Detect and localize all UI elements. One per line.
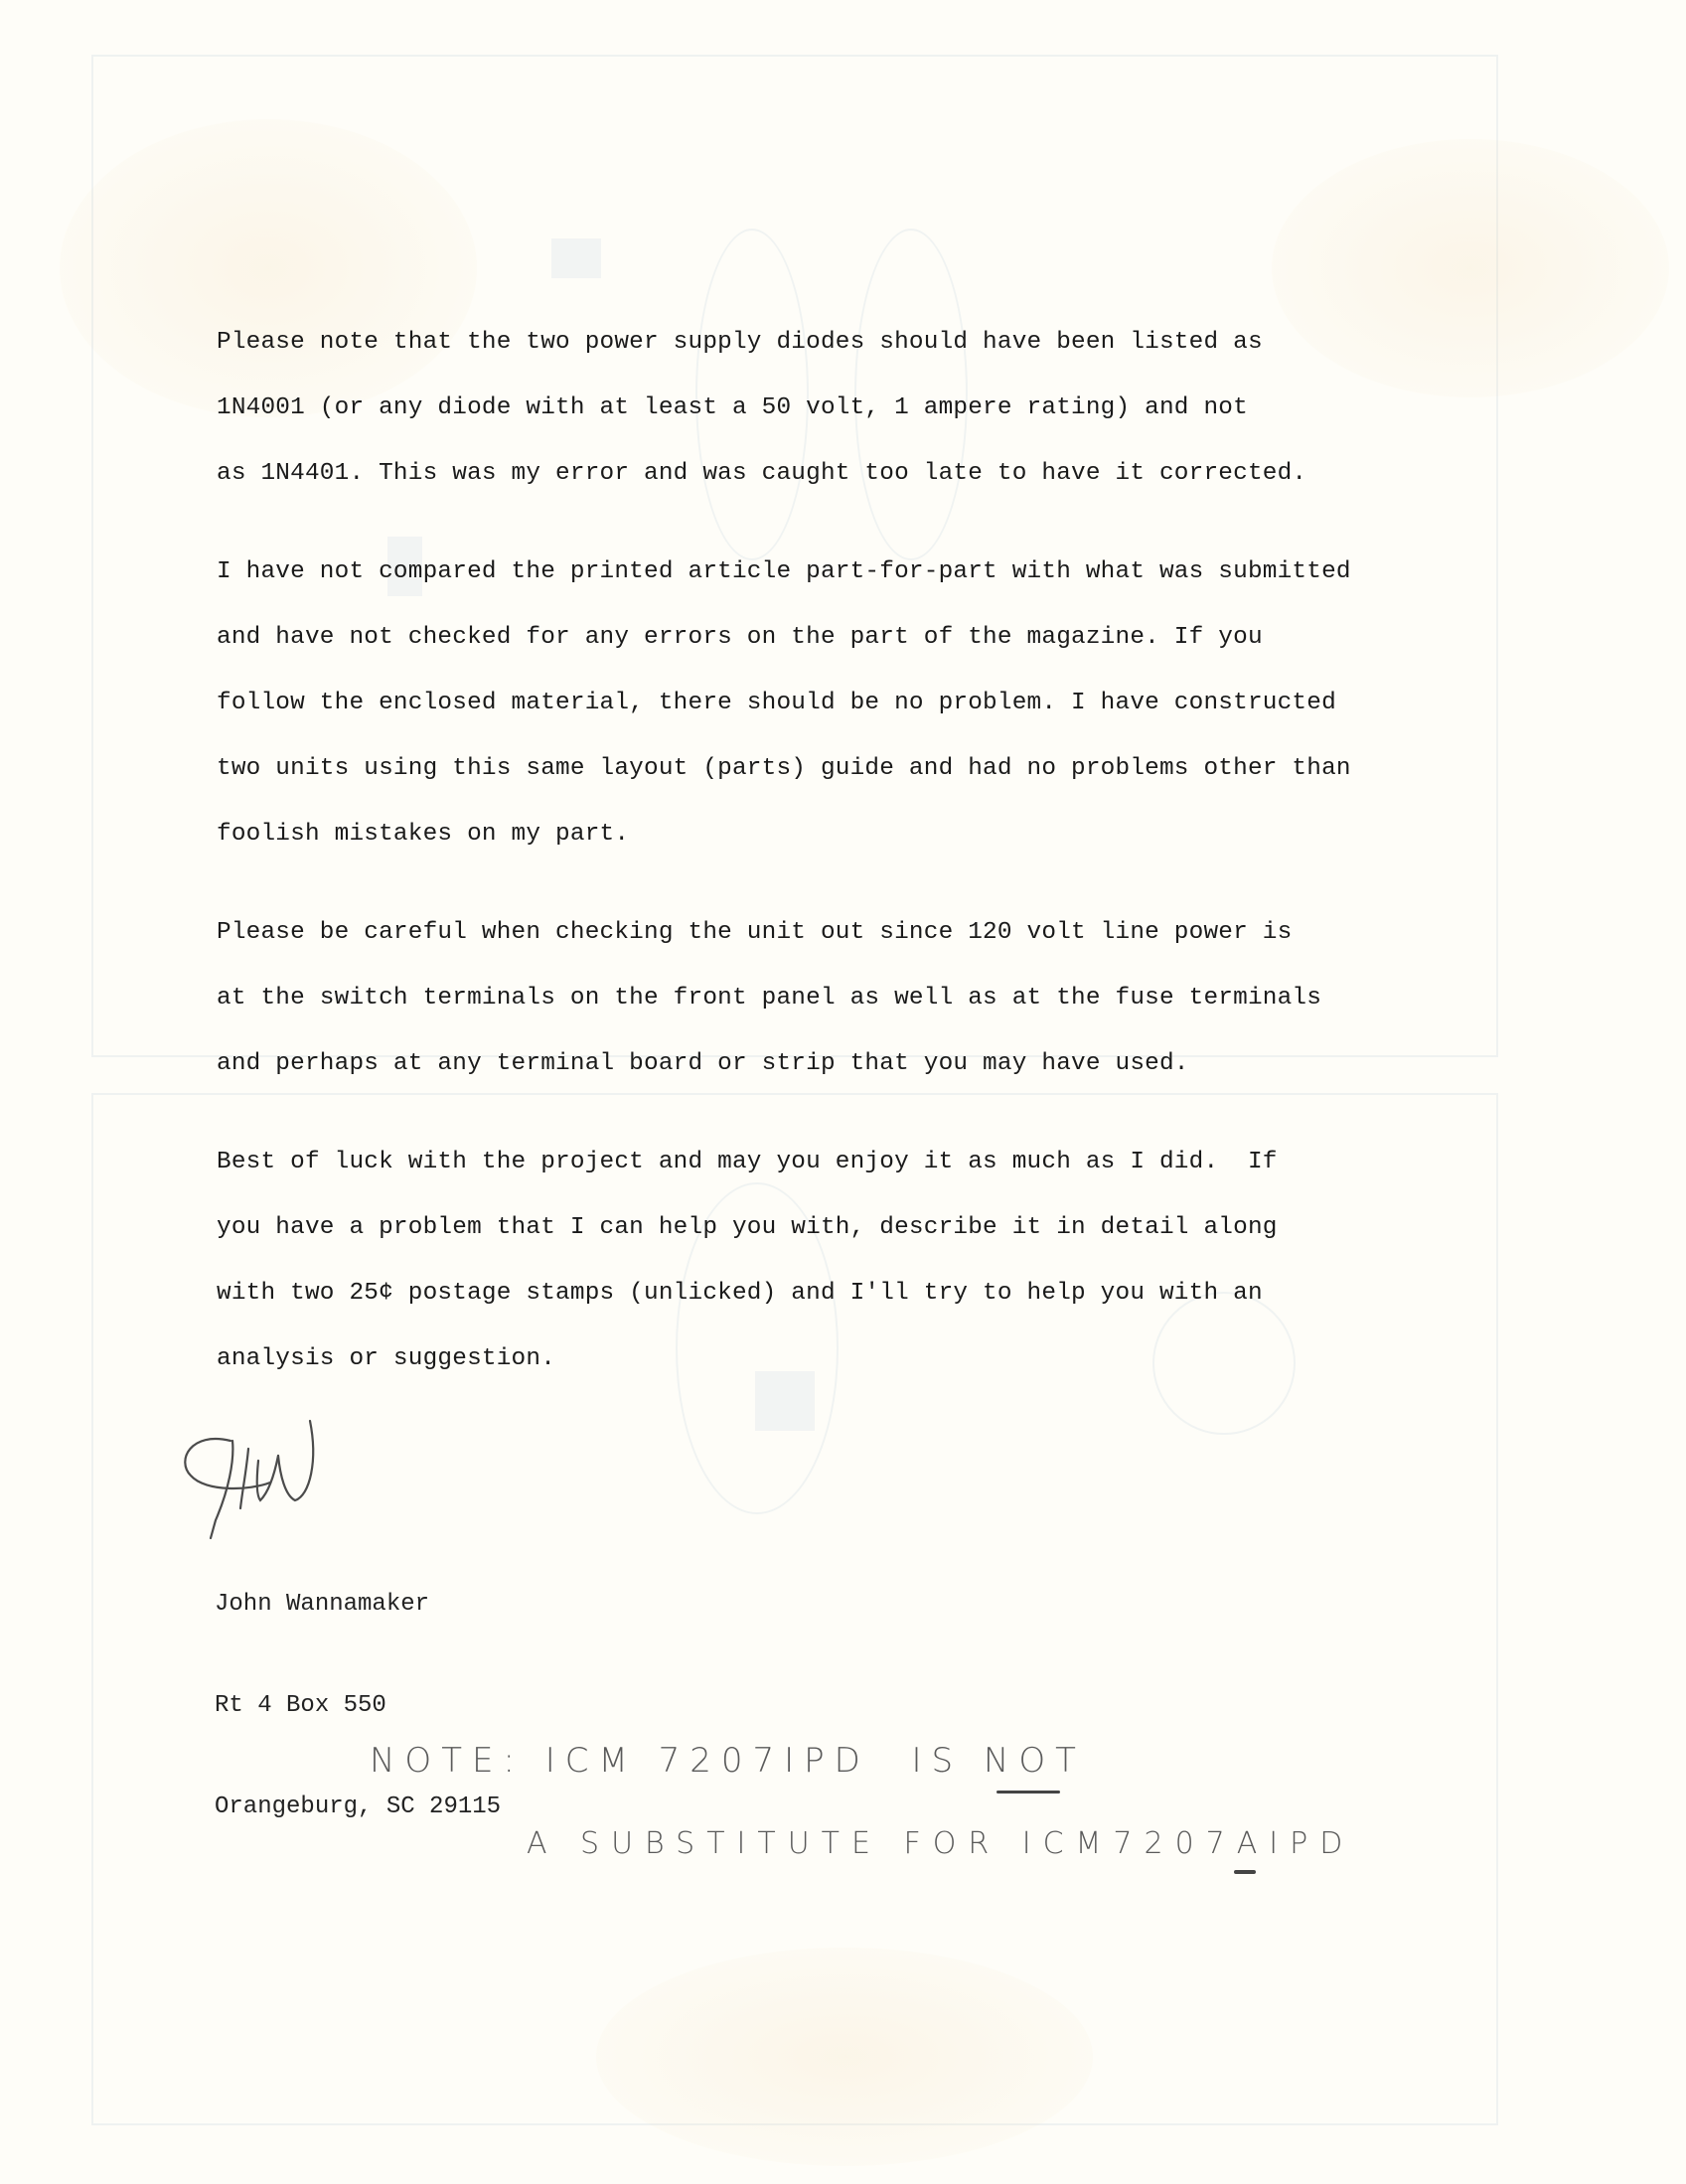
text-line: 1N4001 (or any diode with at least a 50 …: [217, 376, 1502, 441]
text-line: with two 25¢ postage stamps (unlicked) a…: [217, 1261, 1502, 1326]
sender-address: John Wannamaker Rt 4 Box 550 Orangeburg,…: [215, 1520, 501, 1858]
paragraph-diode-correction: Please note that the two power supply di…: [217, 310, 1508, 507]
text-line: analysis or suggestion.: [217, 1326, 1502, 1392]
text-line: Best of luck with the project and may yo…: [217, 1130, 1502, 1195]
paragraph-safety-warning: Please be careful when checking the unit…: [217, 900, 1508, 1097]
letter-body: Please note that the two power supply di…: [217, 310, 1508, 1425]
paragraph-closing: Best of luck with the project and may yo…: [217, 1130, 1508, 1392]
text-line: you have a problem that I can help you w…: [217, 1195, 1502, 1261]
sender-name: John Wannamaker: [215, 1588, 501, 1622]
handwritten-note-line-1: NOTE: ICM 7207IPD IS NOT: [370, 1741, 1086, 1781]
text-line: as 1N4401. This was my error and was cau…: [217, 441, 1502, 507]
paper-stain: [596, 1948, 1093, 2166]
text-line: and perhaps at any terminal board or str…: [217, 1031, 1502, 1097]
handwritten-note-line-2: A SUBSTITUTE FOR ICM7207AIPD: [527, 1826, 1354, 1861]
text-line: and have not checked for any errors on t…: [217, 605, 1502, 671]
text-line: Please note that the two power supply di…: [217, 310, 1502, 376]
sender-street: Rt 4 Box 550: [215, 1689, 501, 1723]
text-line: foolish mistakes on my part.: [217, 802, 1502, 867]
text-line: follow the enclosed material, there shou…: [217, 671, 1502, 736]
sender-city-state-zip: Orangeburg, SC 29115: [215, 1791, 501, 1824]
text-line: Please be careful when checking the unit…: [217, 900, 1502, 966]
text-line: at the switch terminals on the front pan…: [217, 966, 1502, 1031]
underline-not: [996, 1791, 1060, 1794]
paragraph-article-comparison: I have not compared the printed article …: [217, 540, 1508, 867]
underline-a: [1234, 1870, 1256, 1874]
bleed-through-block: [551, 238, 601, 278]
text-line: two units using this same layout (parts)…: [217, 736, 1502, 802]
signature: [171, 1401, 340, 1540]
signature-scribble-icon: [171, 1401, 340, 1540]
text-line: I have not compared the printed article …: [217, 540, 1502, 605]
